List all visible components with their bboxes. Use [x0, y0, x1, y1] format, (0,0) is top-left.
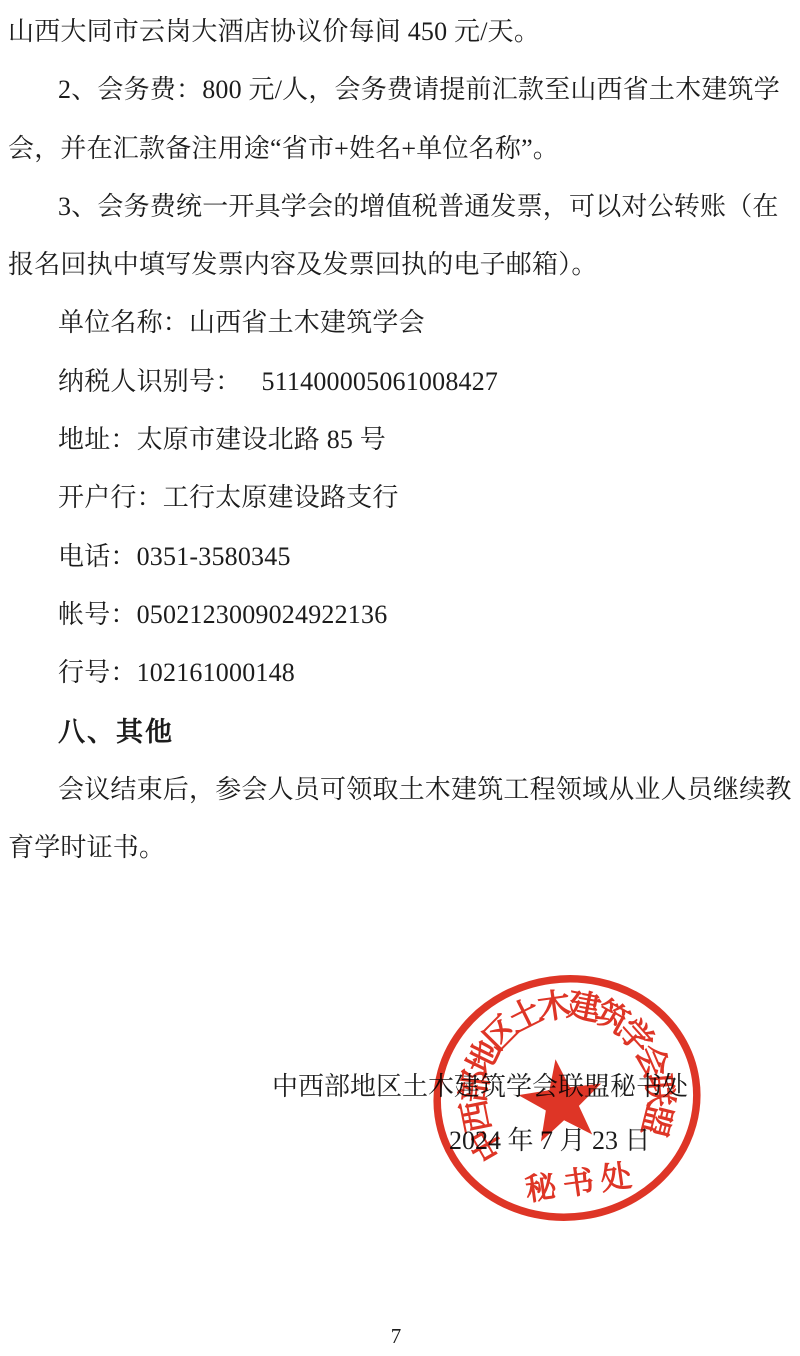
document-body: 山西大同市云岗大酒店协议价每间 450 元/天。2、会务费：800 元/人，会务… [0, 3, 800, 877]
star-icon [514, 1053, 608, 1143]
text-line: 开户行：工行太原建设路支行 [0, 469, 800, 527]
text-line: 行号：102161000148 [0, 644, 800, 702]
text-line: 纳税人识别号： 511400005061008427 [0, 353, 800, 411]
section-heading: 八、其他 [0, 703, 800, 761]
seal-svg: 中西部地区土木建筑学会联盟 秘书处 [427, 966, 707, 1230]
text-line: 会，并在汇款备注用途“省市+姓名+单位名称”。 [0, 120, 800, 178]
text-line: 单位名称：山西省土木建筑学会 [0, 294, 800, 352]
text-line: 育学时证书。 [0, 819, 800, 877]
seal-ring-char: 盟 [635, 1100, 679, 1141]
text-line: 2、会务费：800 元/人，会务费请提前汇款至山西省土木建筑学 [0, 61, 800, 119]
official-seal: 中西部地区土木建筑学会联盟 秘书处 [427, 966, 707, 1230]
text-line: 地址：太原市建设北路 85 号 [0, 411, 800, 469]
document-page: 山西大同市云岗大酒店协议价每间 450 元/天。2、会务费：800 元/人，会务… [0, 0, 800, 1356]
text-line: 电话：0351-3580345 [0, 528, 800, 586]
text-line: 会议结束后，参会人员可领取土木建筑工程领域从业人员继续教 [0, 761, 800, 819]
seal-bottom-text: 秘书处 [523, 1157, 641, 1208]
text-line: 3、会务费统一开具学会的增值税普通发票，可以对公转账（在 [0, 178, 800, 236]
text-line: 报名回执中填写发票内容及发票回执的电子邮箱）。 [0, 236, 800, 294]
text-line: 山西大同市云岗大酒店协议价每间 450 元/天。 [0, 3, 800, 61]
text-line: 帐号：0502123009024922136 [0, 586, 800, 644]
page-number: 7 [0, 1324, 792, 1349]
